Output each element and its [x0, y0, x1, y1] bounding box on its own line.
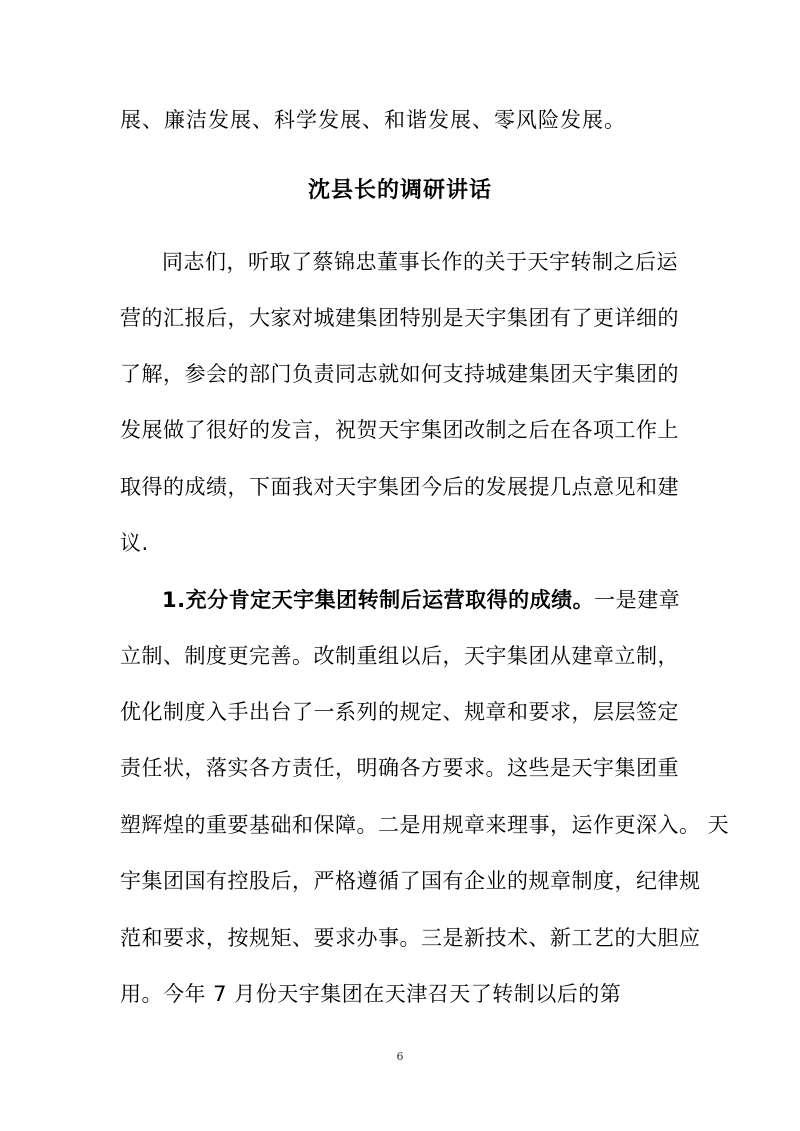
paragraph-line: 营的汇报后，大家对城建集团特别是天宇集团有了更详细的 — [120, 304, 690, 332]
section-title: 沈县长的调研讲话 — [0, 176, 800, 206]
paragraph-line: 宇集团国有控股后，严格遵循了国有企业的规章制度，纪律规 — [120, 867, 690, 895]
point-heading: 1.充分肯定天宇集团转制后运营取得的成绩。 — [162, 588, 594, 612]
paragraph-line: 塑辉煌的重要基础和保障。二是用规章来理事，运作更深入。 天 — [120, 811, 690, 839]
paragraph-first-line: 1.充分肯定天宇集团转制后运营取得的成绩。一是建章 — [162, 586, 732, 614]
document-page: 展、廉洁发展、科学发展、和谐发展、零风险发展。 沈县长的调研讲话 同志们，听取了… — [0, 0, 800, 1131]
paragraph-text: 一是建章 — [594, 588, 680, 612]
paragraph-line: 用。今年 7 月份天宇集团在天津召天了转制以后的第 — [120, 980, 690, 1008]
paragraph-line: 发展做了很好的发言，祝贺天宇集团改制之后在各项工作上 — [120, 416, 690, 444]
page-number: 6 — [0, 1050, 800, 1063]
paragraph-line: 议. — [120, 529, 690, 557]
paragraph-line: 立制、制度更完善。改制重组以后，天宇集团从建章立制， — [120, 642, 690, 670]
paragraph-line: 范和要求，按规矩、要求办事。三是新技术、新工艺的大胆应 — [120, 924, 690, 952]
paragraph-line: 取得的成绩，下面我对天宇集团今后的发展提几点意见和建 — [120, 473, 690, 501]
paragraph-line: 了解，参会的部门负责同志就如何支持城建集团天宇集团的 — [120, 360, 690, 388]
paragraph-line: 优化制度入手出台了一系列的规定、规章和要求，层层签定 — [120, 698, 690, 726]
paragraph-line: 责任状，落实各方责任，明确各方要求。这些是天宇集团重 — [120, 754, 690, 782]
continuation-line: 展、廉洁发展、科学发展、和谐发展、零风险发展。 — [120, 106, 690, 134]
paragraph-line: 同志们，听取了蔡锦忠董事长作的关于天宇转制之后运 — [162, 248, 732, 276]
